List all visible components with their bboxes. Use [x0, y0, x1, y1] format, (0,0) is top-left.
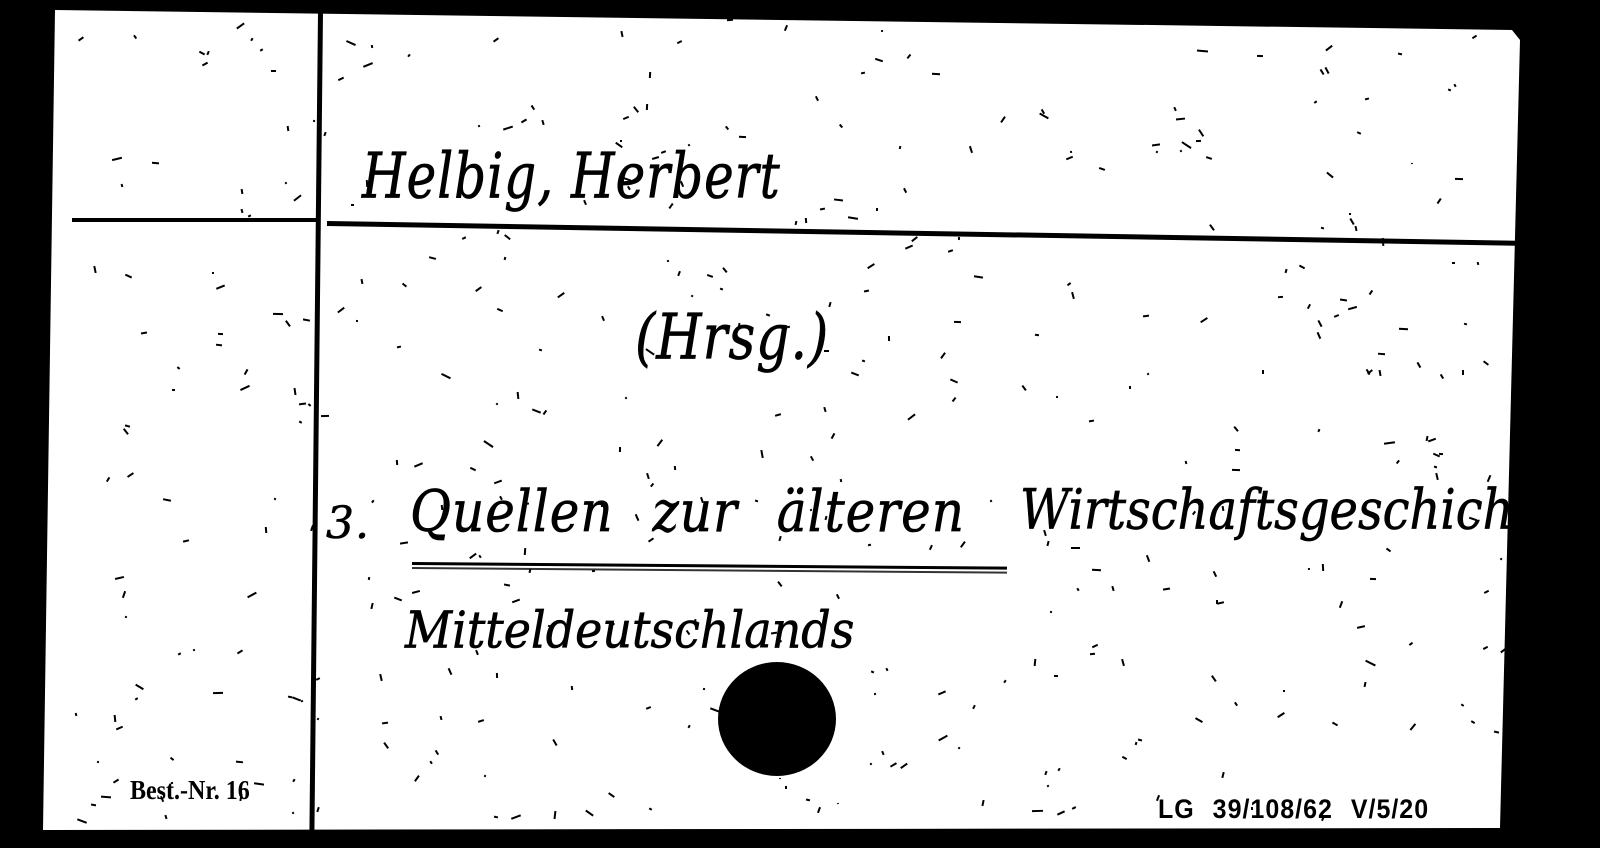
scan-speck — [932, 73, 940, 75]
scan-speck — [771, 631, 778, 634]
scan-speck — [868, 543, 872, 546]
scan-speck — [1370, 577, 1376, 579]
card-top-edge-rule — [300, 10, 1515, 13]
scan-speck — [1354, 226, 1357, 231]
catalog-card: Helbig, Herbert (Hrsg.) 3. Quellen zur ä… — [0, 0, 1600, 848]
scan-speck — [272, 313, 282, 315]
scan-speck — [824, 350, 829, 352]
scan-speck — [837, 802, 839, 804]
scan-speck — [1041, 16, 1044, 19]
title-line-1-continued: Wirtschaftsgeschichte — [1020, 478, 1561, 542]
scan-speck — [141, 331, 147, 334]
scan-speck — [1262, 370, 1264, 374]
scan-speck — [864, 289, 869, 292]
scan-speck — [1251, 807, 1253, 810]
scan-speck — [862, 359, 866, 362]
scan-speck — [1196, 140, 1201, 142]
scan-speck — [601, 503, 603, 507]
title-line-1: Quellen zur älteren — [410, 478, 965, 545]
scan-speck — [271, 70, 276, 72]
scan-speck — [218, 333, 223, 335]
scan-speck — [958, 237, 960, 240]
scan-speck — [312, 119, 314, 122]
title-line-2: Mitteldeutschlands — [405, 600, 854, 659]
scan-speck — [1129, 386, 1131, 389]
scan-speck — [619, 447, 621, 452]
scan-speck — [1134, 741, 1137, 745]
scan-speck — [213, 692, 223, 694]
scan-speck — [522, 502, 529, 505]
scan-speck — [1032, 810, 1043, 812]
scan-speck — [1033, 659, 1036, 666]
scan-speck — [440, 505, 443, 510]
scan-speck — [1434, 466, 1437, 469]
heading-rule-left — [72, 218, 316, 222]
scan-speck — [1317, 429, 1320, 432]
reference-code: LG 39/108/62 V/5/20 — [1158, 794, 1429, 825]
scan-speck — [1455, 178, 1463, 180]
scan-speck — [870, 670, 874, 673]
scan-speck — [396, 460, 398, 465]
scan-speck — [101, 795, 111, 798]
scan-speck — [888, 336, 890, 341]
scan-speck — [1452, 261, 1455, 263]
scan-speck — [1090, 653, 1095, 655]
scan-speck — [91, 803, 97, 806]
scan-speck — [591, 570, 594, 572]
scan-speck — [1050, 611, 1053, 614]
author-heading: Helbig, Herbert — [362, 140, 781, 213]
scan-speck — [493, 815, 497, 818]
scan-speck — [477, 124, 480, 127]
scan-speck — [284, 181, 287, 184]
scan-speck — [620, 140, 622, 142]
scan-speck — [1257, 55, 1263, 57]
scan-speck — [739, 136, 747, 138]
scan-speck — [1462, 370, 1464, 375]
scan-speck — [216, 344, 222, 347]
scan-speck — [303, 318, 310, 321]
scan-speck — [571, 686, 574, 691]
order-number: Best.-Nr. 16 — [130, 776, 250, 807]
punch-hole — [718, 662, 836, 776]
scan-speck — [874, 693, 876, 695]
scan-speck — [1216, 600, 1218, 604]
series-number: 3. — [326, 498, 370, 549]
scan-speck — [1054, 675, 1058, 677]
scan-speck — [806, 798, 811, 801]
scan-speck — [1071, 547, 1080, 549]
scan-speck — [1321, 226, 1324, 229]
scan-speck — [1092, 569, 1101, 572]
editor-role: (Hrsg.) — [635, 302, 829, 374]
scan-speck — [720, 287, 723, 290]
scan-speck — [898, 146, 901, 150]
scan-speck — [236, 760, 243, 763]
scan-speck — [495, 673, 497, 678]
scan-speck — [674, 466, 676, 470]
scan-speck — [1046, 784, 1049, 787]
scan-speck — [172, 389, 175, 391]
scan-speck — [876, 208, 878, 211]
scan-speck — [321, 415, 329, 417]
